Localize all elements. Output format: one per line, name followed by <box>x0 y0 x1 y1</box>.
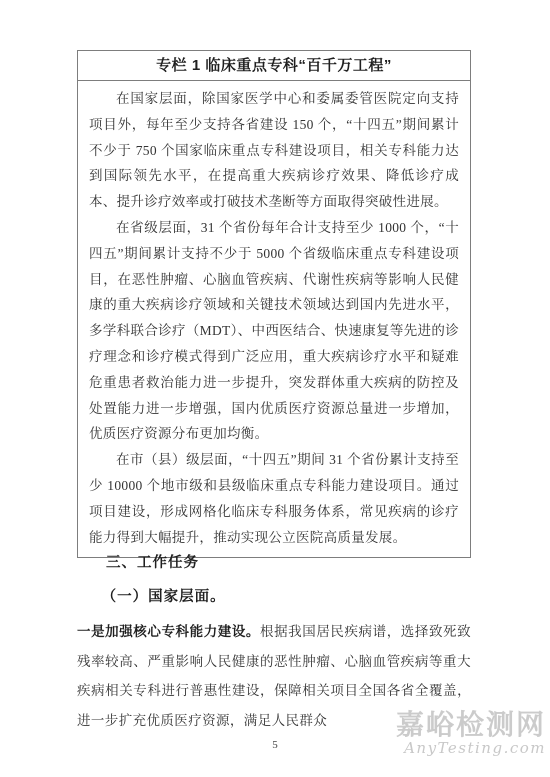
column-box-body: 在国家层面，除国家医学中心和委属委管医院定向支持项目外，每年至少支持各省建设 1… <box>78 81 470 557</box>
box-paragraph-national: 在国家层面，除国家医学中心和委属委管医院定向支持项目外，每年至少支持各省建设 1… <box>89 86 459 215</box>
main-content: 三、工作任务 （一）国家层面。 一是加强核心专科能力建设。根据我国居民疾病谱，选… <box>77 551 471 735</box>
page-number: 5 <box>0 739 550 751</box>
box-paragraph-provincial: 在省级层面，31 个省份每年合计支持至少 1000 个，“十四五”期间累计支持不… <box>89 215 459 447</box>
document-page: 专栏 1 临床重点专科“百千万工程” 在国家层面，除国家医学中心和委属委管医院定… <box>0 0 550 777</box>
paragraph-lead-bold: 一是加强核心专科能力建设。 <box>77 624 260 639</box>
section-heading-work-tasks: 三、工作任务 <box>77 551 471 572</box>
box-paragraph-city-county: 在市（县）级层面，“十四五”期间 31 个省份累计支持至少 10000 个地市级… <box>89 447 459 550</box>
paragraph-body-text: 根据我国居民疾病谱，选择致死致残率较高、严重影响人民健康的恶性肿瘤、心脑血管疾病… <box>77 624 471 728</box>
column-box-title: 专栏 1 临床重点专科“百千万工程” <box>78 51 470 81</box>
section-paragraph: 一是加强核心专科能力建设。根据我国居民疾病谱，选择致死致残率较高、严重影响人民健… <box>77 617 471 735</box>
section-subheading-national-level: （一）国家层面。 <box>77 585 471 606</box>
column-1-box: 专栏 1 临床重点专科“百千万工程” 在国家层面，除国家医学中心和委属委管医院定… <box>77 50 471 558</box>
